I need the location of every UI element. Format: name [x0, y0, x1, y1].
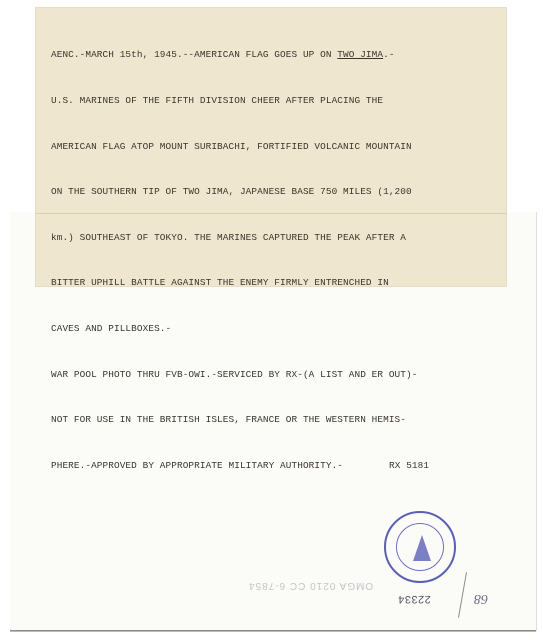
caption-line: AENC.-MARCH 15th, 1945.--AMERICAN FLAG G…: [51, 47, 481, 62]
inventory-number: 22334: [398, 592, 431, 604]
archive-stamp: [384, 511, 456, 583]
caption-underlined-place: TWO JIMA: [337, 49, 383, 60]
caption-line: CAVES AND PILLBOXES.-: [51, 321, 481, 336]
handwritten-number: 68: [474, 590, 488, 606]
caption-line: NOT FOR USE IN THE BRITISH ISLES, FRANCE…: [51, 412, 481, 427]
caption-line: ON THE SOUTHERN TIP OF TWO JIMA, JAPANES…: [51, 184, 481, 199]
caption-line: km.) SOUTHEAST OF TOKYO. THE MARINES CAP…: [51, 230, 481, 245]
caption-approval: PHERE.-APPROVED BY APPROPRIATE MILITARY …: [51, 460, 343, 471]
caption-dateline-end: .-: [383, 49, 394, 60]
caption-dateline: AENC.-MARCH 15th, 1945.--AMERICAN FLAG G…: [51, 49, 337, 60]
caption-line: U.S. MARINES OF THE FIFTH DIVISION CHEER…: [51, 93, 481, 108]
caption-line: PHERE.-APPROVED BY APPROPRIATE MILITARY …: [51, 458, 481, 473]
caption-line: BITTER UPHILL BATTLE AGAINST THE ENEMY F…: [51, 275, 481, 290]
caption-line: AMERICAN FLAG ATOP MOUNT SURIBACHI, FORT…: [51, 139, 481, 154]
caption-line: WAR POOL PHOTO THRU FVB-OWI.-SERVICED BY…: [51, 367, 481, 382]
caption-text: AENC.-MARCH 15th, 1945.--AMERICAN FLAG G…: [51, 17, 481, 488]
faint-reference-text: OMGA 0210 CC 6-7854: [248, 580, 373, 591]
caption-reference-number: RX 5181: [389, 460, 429, 471]
arrowhead-icon: [413, 535, 431, 561]
